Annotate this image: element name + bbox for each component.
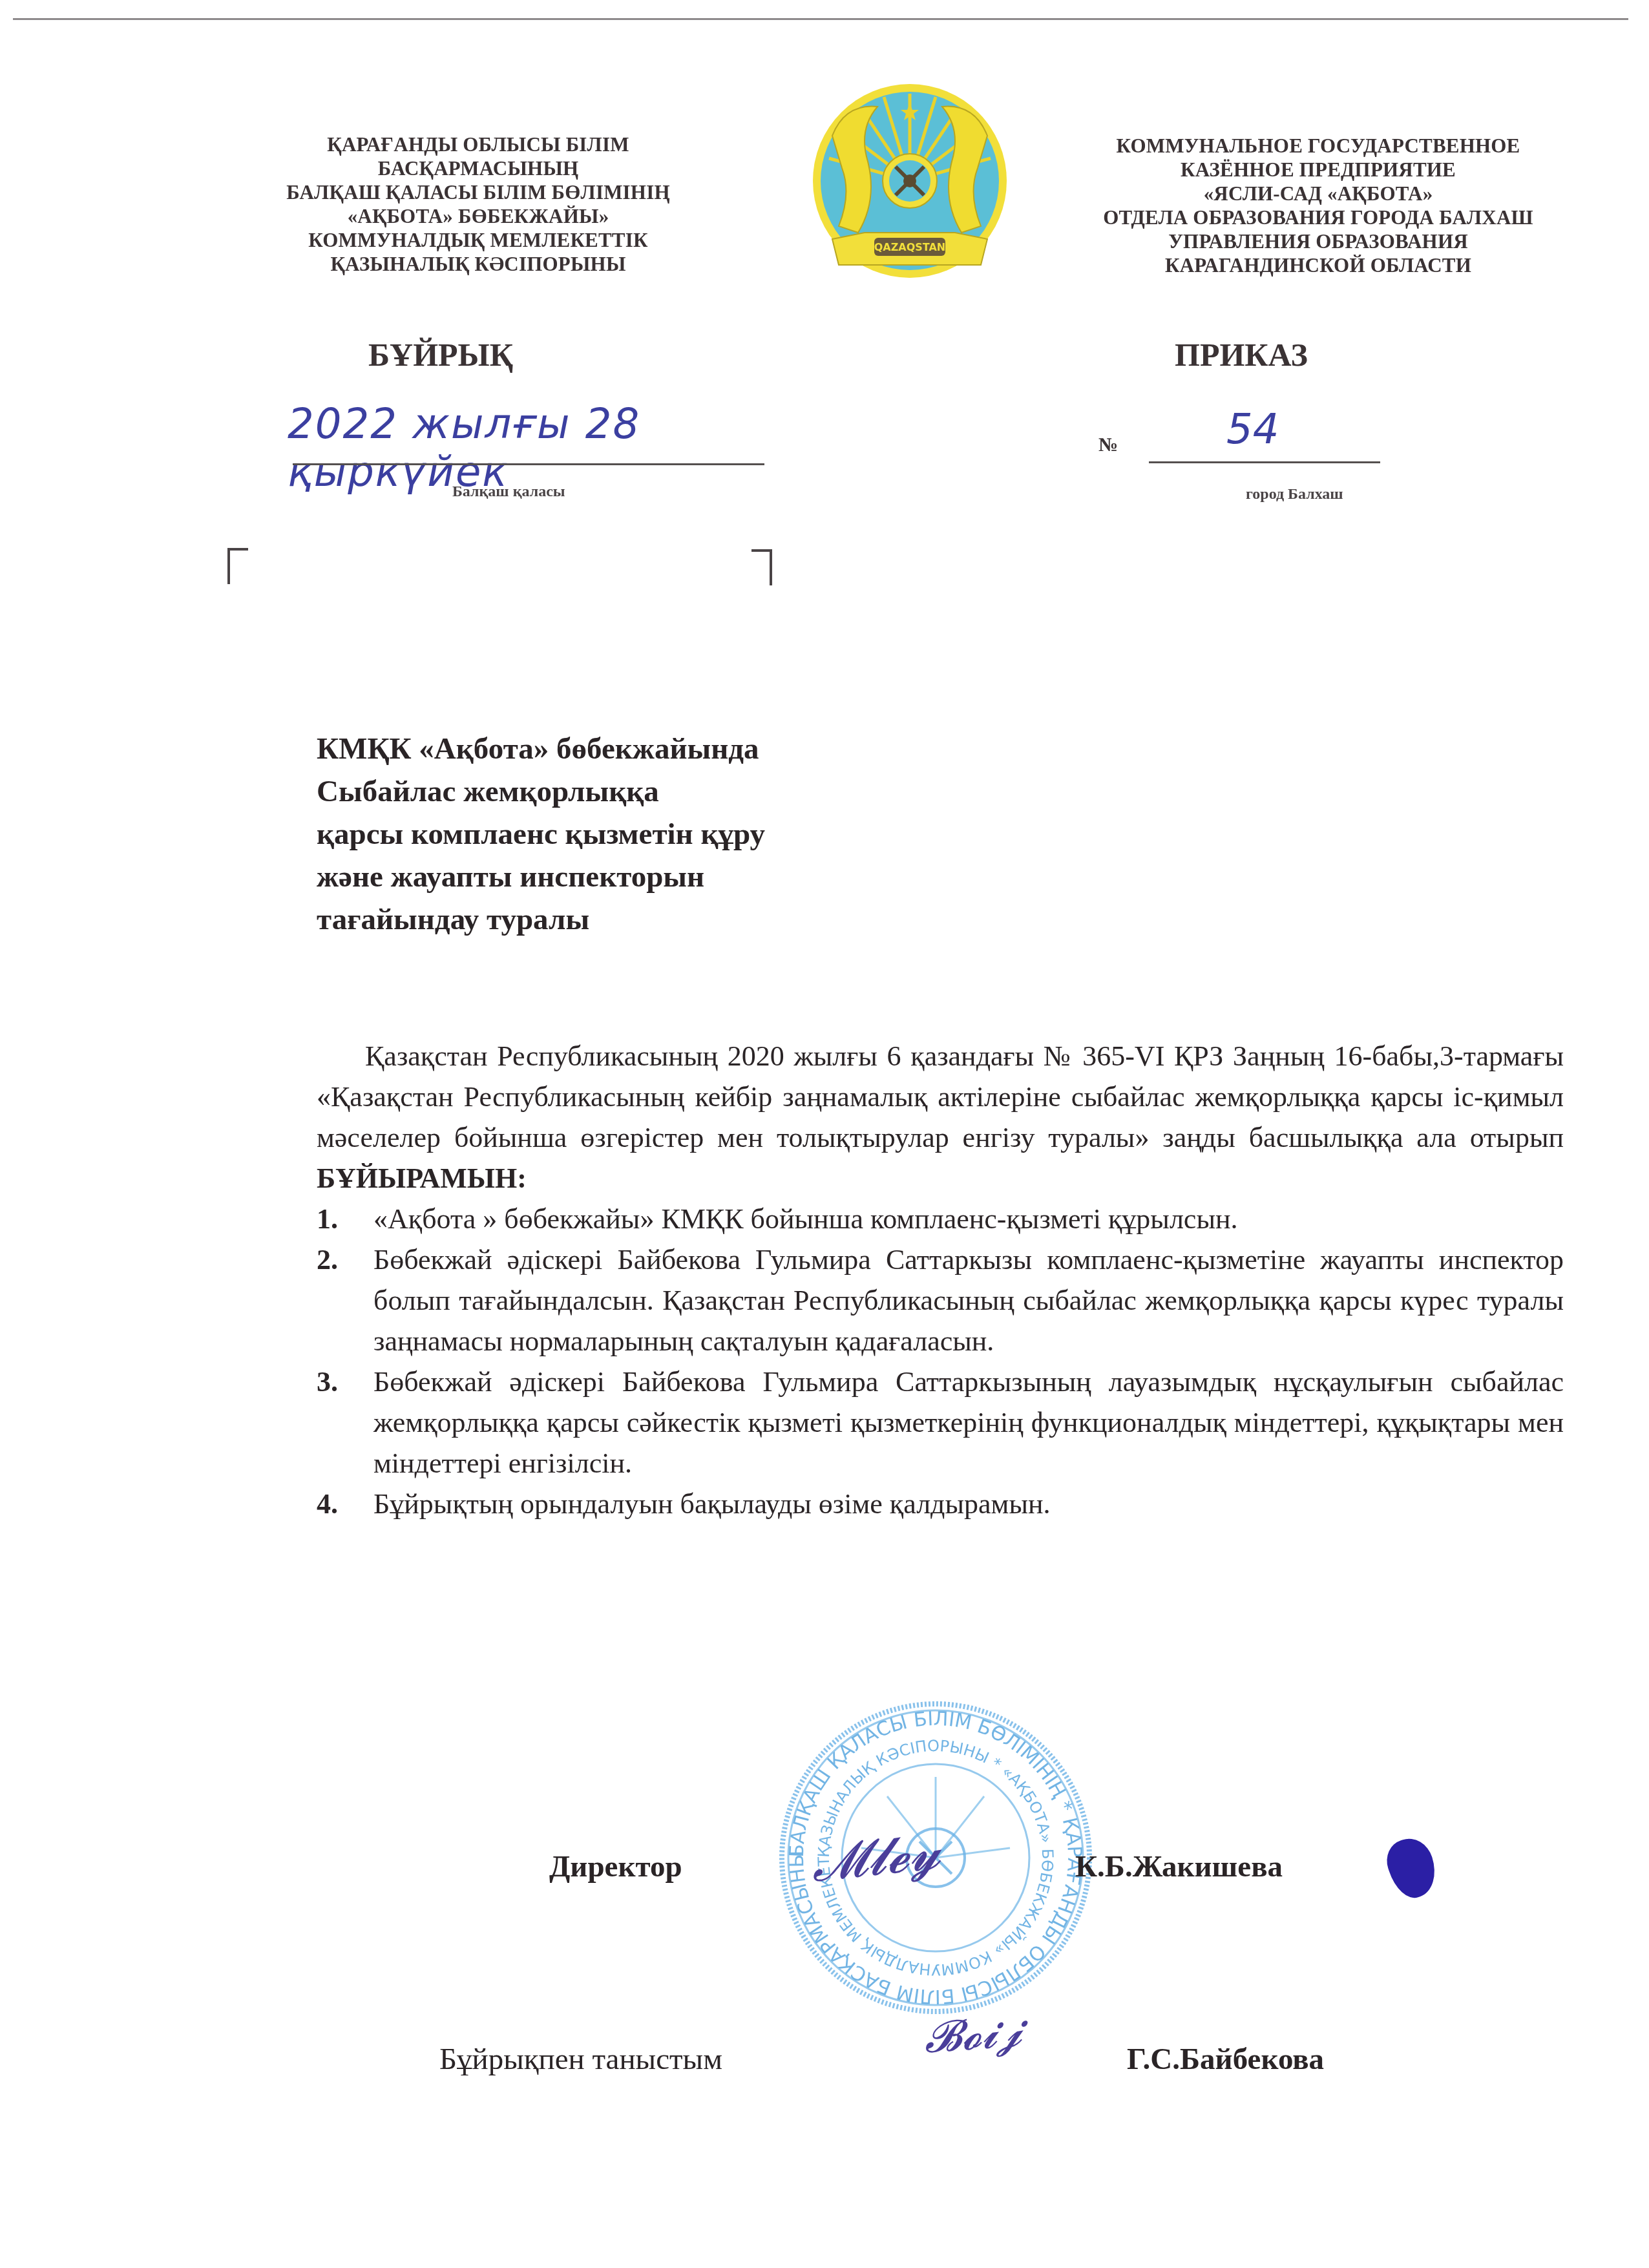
order-item: 1. «Ақбота » бөбекжайы» КМҚК бойынша ком… bbox=[317, 1199, 1564, 1239]
subject-line: Сыбайлас жемқорлыққа bbox=[317, 770, 930, 813]
order-word: БҰЙЫРАМЫН: bbox=[317, 1162, 527, 1194]
number-sign: № bbox=[1098, 434, 1118, 456]
svg-text:QAZAQSTAN: QAZAQSTAN bbox=[874, 241, 946, 253]
header-kz-line: КОММУНАЛДЫҚ МЕМЛЕКЕТТІК bbox=[258, 228, 698, 252]
item-text: Бұйрықтың орындалуын бақылауды өзіме қал… bbox=[373, 1488, 1051, 1520]
scan-top-edge bbox=[13, 18, 1628, 20]
item-text: «Ақбота » бөбекжайы» КМҚК бойынша компла… bbox=[373, 1203, 1238, 1235]
preamble-text: Қазақстан Республикасының 2020 жылғы 6 қ… bbox=[317, 1040, 1564, 1153]
header-ru-line: КОММУНАЛЬНОЕ ГОСУДАРСТВЕННОЕ bbox=[1060, 134, 1577, 158]
order-item: 3. Бөбекжай әдіскері Байбекова Гульмира … bbox=[317, 1361, 1564, 1484]
header-kz-line: «АҚБОТА» БӨБЕКЖАЙЫ» bbox=[258, 204, 698, 228]
order-title-ru: ПРИКАЗ bbox=[1175, 336, 1308, 373]
ink-blot bbox=[1381, 1832, 1442, 1903]
acknowledged-signature: 𝓑𝓸𝓲𝓳 bbox=[922, 2006, 1024, 2064]
header-kz-line: ҚАЗЫНАЛЫҚ КӘСІПОРЫНЫ bbox=[258, 252, 698, 276]
acknowledged-label: Бұйрықпен таныстым bbox=[439, 2042, 722, 2077]
kazakhstan-emblem-icon: QAZAQSTAN bbox=[806, 78, 1013, 291]
acknowledged-name: Г.С.Байбекова bbox=[1127, 2042, 1324, 2077]
subject-line: қарсы комплаенс қызметін құру bbox=[317, 813, 930, 856]
header-ru-line: УПРАВЛЕНИЯ ОБРАЗОВАНИЯ bbox=[1060, 229, 1577, 253]
order-items: 1. «Ақбота » бөбекжайы» КМҚК бойынша ком… bbox=[317, 1199, 1564, 1524]
item-number: 3. bbox=[317, 1361, 338, 1402]
item-text: Бөбекжай әдіскері Байбекова Гульмира Сат… bbox=[373, 1366, 1564, 1479]
city-ru: город Балхаш bbox=[1246, 486, 1343, 503]
subject-line: КМҚК «Ақбота» бөбекжайында bbox=[317, 728, 930, 770]
header-ru-line: КАЗЁННОЕ ПРЕДПРИЯТИЕ bbox=[1060, 158, 1577, 182]
header-kz-line: ҚАРАҒАНДЫ ОБЛЫСЫ БІЛІМ bbox=[258, 132, 698, 156]
date-underline bbox=[293, 463, 764, 465]
header-ru-line: «ЯСЛИ-САД «АҚБОТА» bbox=[1060, 182, 1577, 205]
order-subject: КМҚК «Ақбота» бөбекжайында Сыбайлас жемқ… bbox=[317, 728, 930, 941]
header-ru-line: ОТДЕЛА ОБРАЗОВАНИЯ ГОРОДА БАЛХАШ bbox=[1060, 205, 1577, 229]
header-ru: КОММУНАЛЬНОЕ ГОСУДАРСТВЕННОЕ КАЗЁННОЕ ПР… bbox=[1060, 134, 1577, 277]
order-item: 2. Бөбекжай әдіскері Байбекова Гульмира … bbox=[317, 1239, 1564, 1361]
director-name: К.Б.Жакишева bbox=[1075, 1849, 1283, 1884]
handwritten-date: 2022 жылғы 28 қыркүйек bbox=[288, 401, 766, 496]
corner-mark-right bbox=[751, 549, 772, 585]
handwritten-order-number: 54 bbox=[1226, 406, 1279, 454]
preamble-paragraph: Қазақстан Республикасының 2020 жылғы 6 қ… bbox=[317, 1036, 1564, 1199]
subject-line: тағайындау туралы bbox=[317, 898, 930, 941]
subject-line: және жауапты инспекторын bbox=[317, 856, 930, 898]
order-number-field: № 54 bbox=[1098, 401, 1577, 465]
item-number: 4. bbox=[317, 1484, 338, 1524]
header-kz: ҚАРАҒАНДЫ ОБЛЫСЫ БІЛІМ БАСҚАРМАСЫНЫҢ БАЛ… bbox=[258, 132, 698, 276]
order-item: 4. Бұйрықтың орындалуын бақылауды өзіме … bbox=[317, 1484, 1564, 1524]
order-body: Қазақстан Республикасының 2020 жылғы 6 қ… bbox=[317, 1036, 1564, 1524]
date-field: 2022 жылғы 28 қыркүйек bbox=[275, 407, 766, 465]
header-ru-line: КАРАГАНДИНСКОЙ ОБЛАСТИ bbox=[1060, 253, 1577, 277]
number-underline bbox=[1149, 461, 1380, 463]
item-number: 1. bbox=[317, 1199, 338, 1239]
item-number: 2. bbox=[317, 1239, 338, 1280]
director-label: Директор bbox=[549, 1849, 682, 1884]
item-text: Бөбекжай әдіскері Байбекова Гульмира Сат… bbox=[373, 1244, 1564, 1357]
header-kz-line: БАЛҚАШ ҚАЛАСЫ БІЛІМ БӨЛІМІНІҢ bbox=[258, 180, 698, 204]
corner-mark-left bbox=[227, 548, 248, 584]
order-title-kz: БҰЙРЫҚ bbox=[368, 336, 513, 373]
header-kz-line: БАСҚАРМАСЫНЫҢ bbox=[258, 156, 698, 180]
city-kz: Балқаш қаласы bbox=[452, 483, 565, 501]
